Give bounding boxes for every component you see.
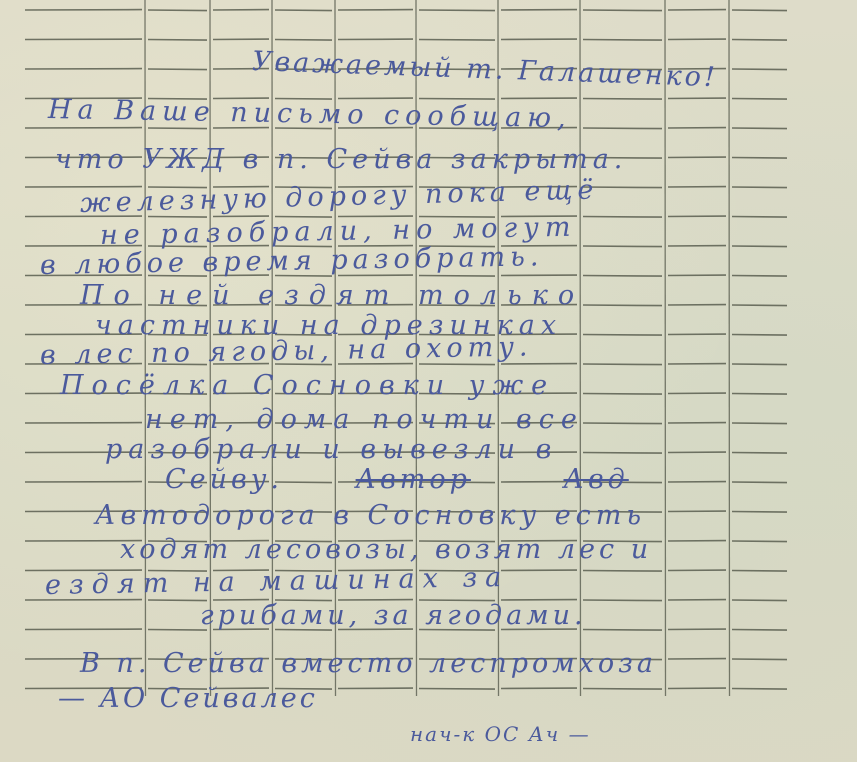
letter-line: — АО Сейвалес bbox=[58, 685, 318, 712]
letter-line: разобрали и вывезли в bbox=[105, 436, 557, 463]
letter-line: По ней ездят только bbox=[80, 282, 584, 309]
letter-line: В п. Сейва вместо леспромхоза bbox=[80, 650, 657, 677]
struck-word: Авд bbox=[564, 464, 629, 495]
letter-line: нет, дома почти все bbox=[145, 406, 584, 433]
struck-word: Автор bbox=[356, 464, 471, 495]
letter-line: Посёлка Сосновки уже bbox=[60, 372, 555, 399]
letter-line: в лес по ягоды, на охоту. bbox=[40, 333, 533, 369]
letter-line-text: Сейву. bbox=[165, 464, 283, 495]
letter-line: что УЖД в п. Сейва закрыта. bbox=[55, 146, 627, 173]
letter-line: Автодорога в Сосновку есть bbox=[95, 502, 646, 529]
letter-line: грибами, за ягодами. bbox=[200, 602, 587, 629]
signature: нач-к ОС Ач — bbox=[410, 724, 591, 744]
letter-line-with-strikeouts: Сейву. Автор Авд bbox=[165, 466, 629, 493]
letter-line: ездят на машинах за bbox=[45, 564, 510, 599]
letter-line: ходят лесовозы, возят лес и bbox=[120, 536, 652, 563]
